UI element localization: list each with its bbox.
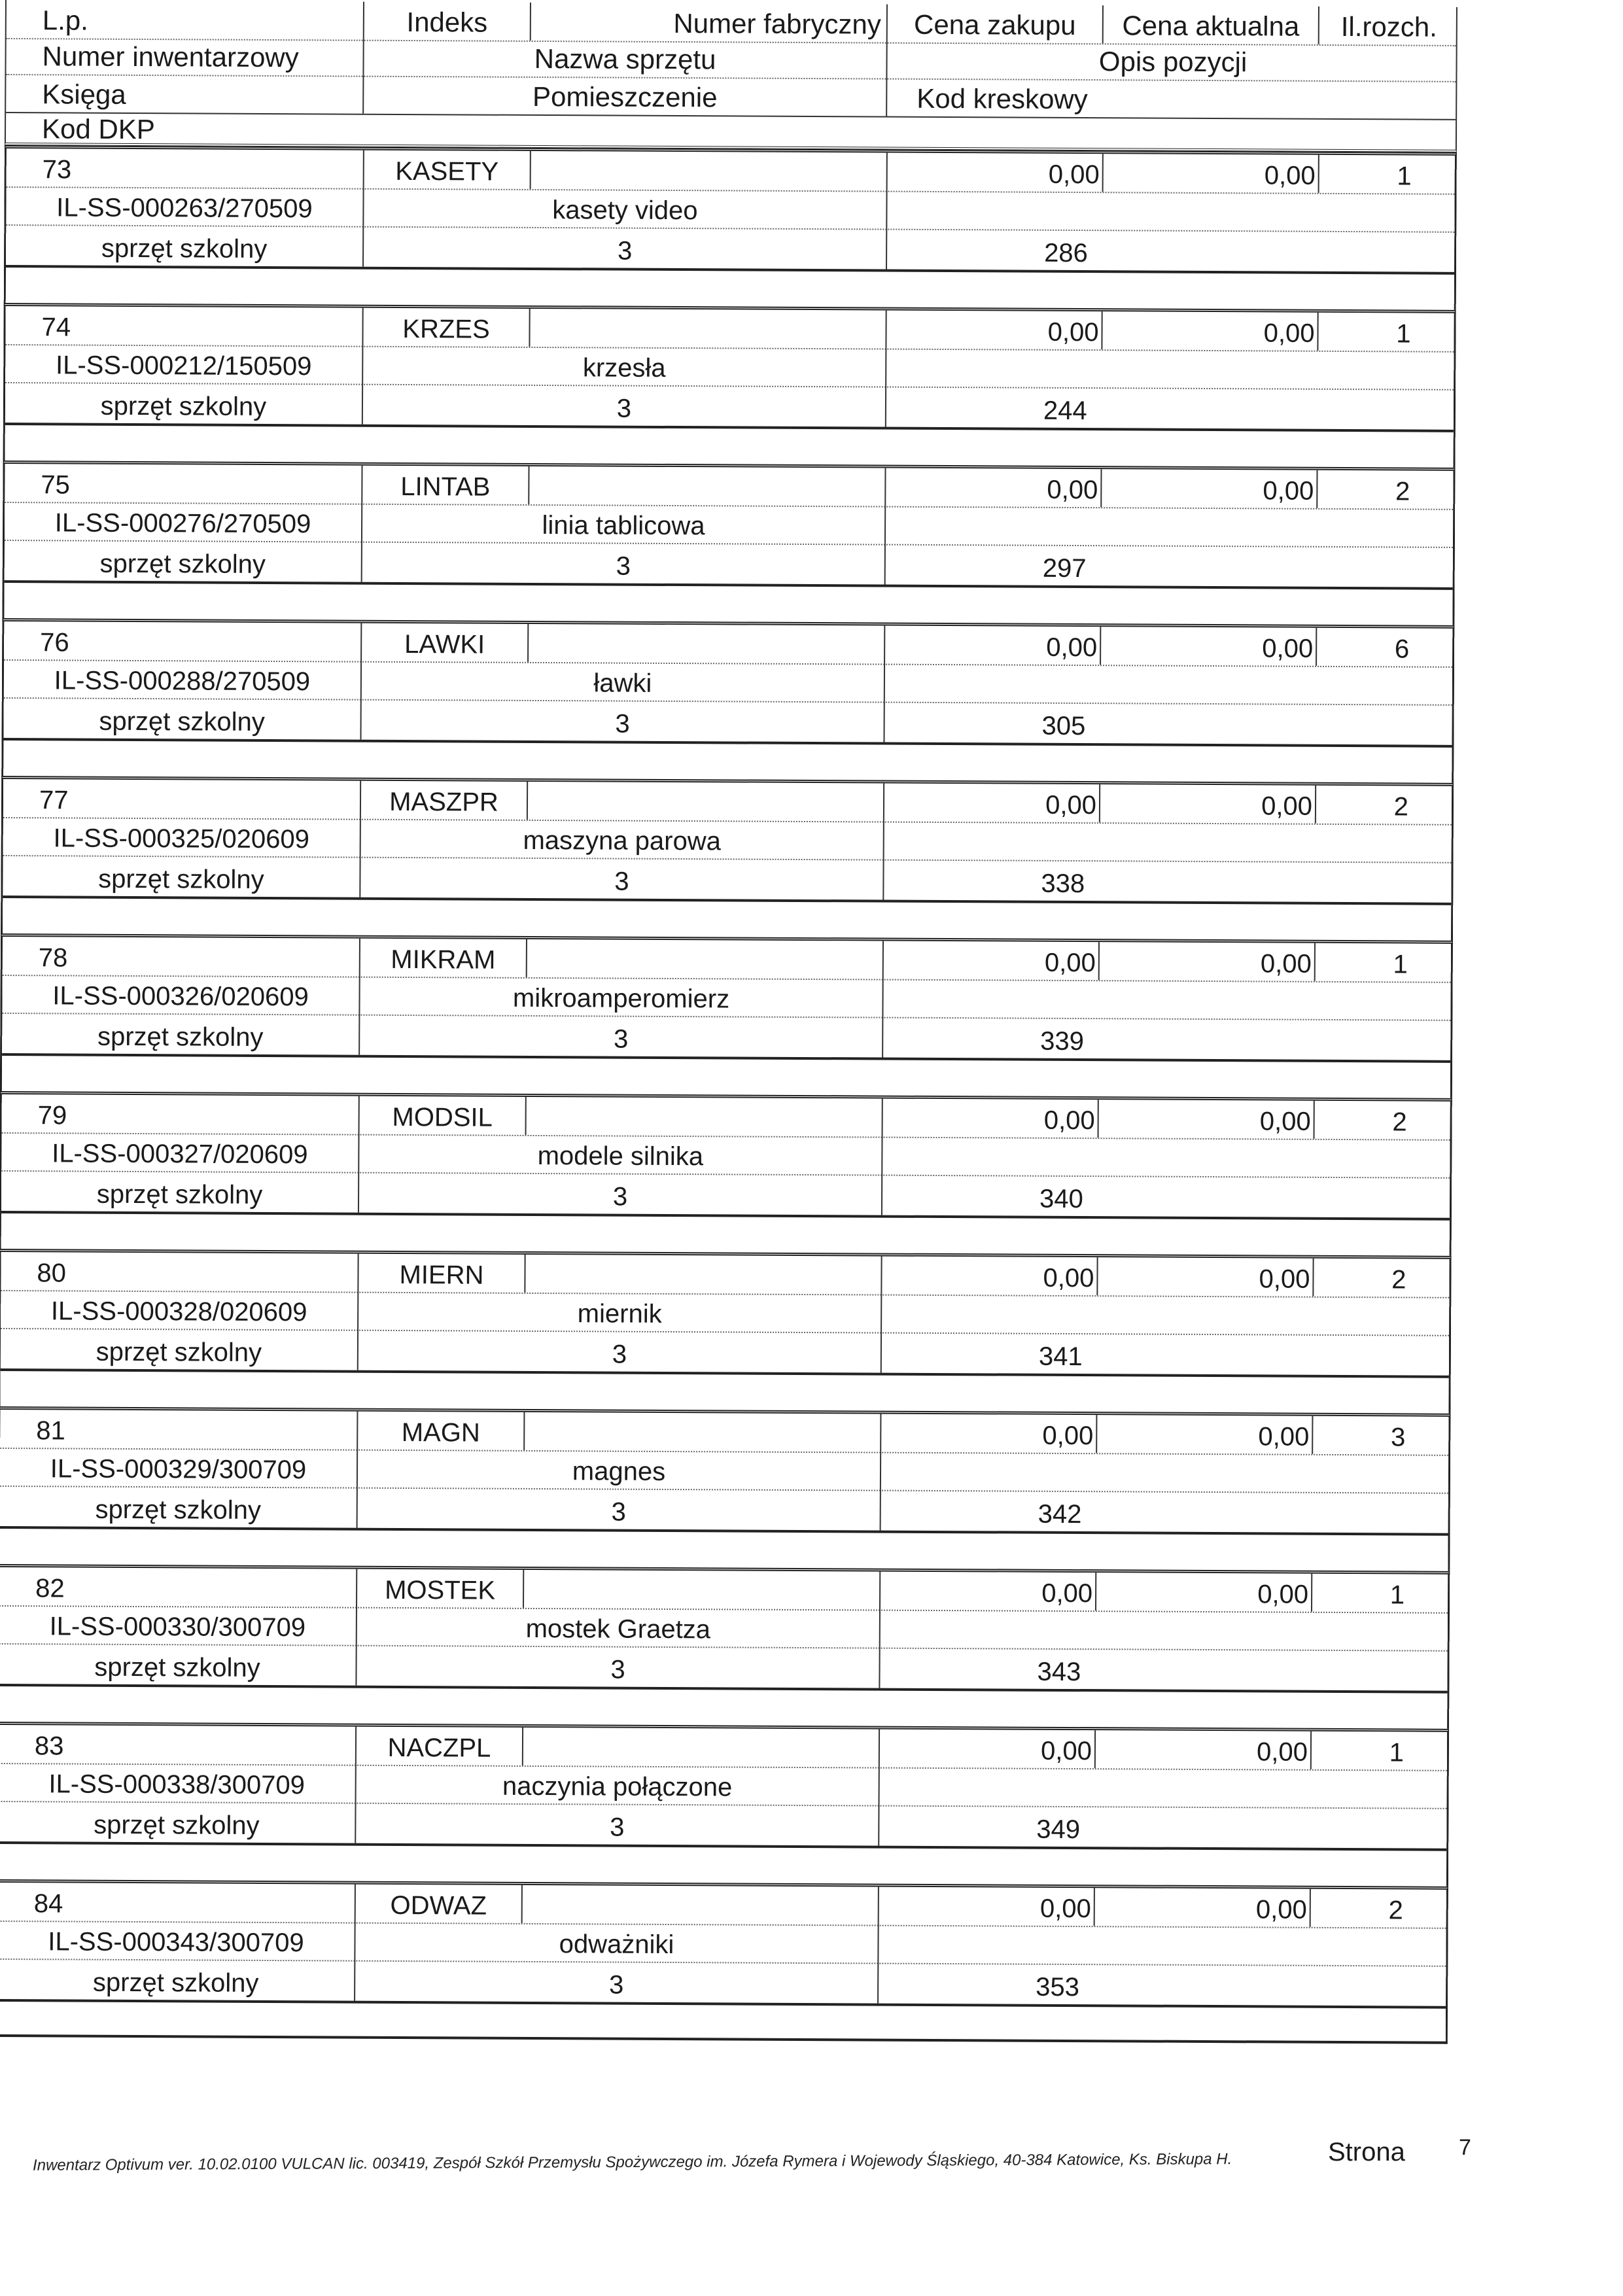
record-nazwa-sprzetu: mikroamperomierz <box>358 977 882 1017</box>
inventory-record: 75 LINTAB 0,00 0,00 2 IL-SS-000276/27050… <box>2 461 1455 625</box>
record-nazwa-sprzetu: kasety video <box>362 188 886 229</box>
footer-page-label: Strona <box>1328 2138 1405 2167</box>
header-pomieszczenie: Pomieszczenie <box>362 76 886 116</box>
record-kod-kreskowy: 244 <box>885 387 1457 430</box>
record-line-3: sprzęt szkolny 3 339 <box>2 1013 1450 1060</box>
record-nazwa-sprzetu: modele silnika <box>358 1134 881 1175</box>
record-ksiega: sprzęt szkolny <box>1 1328 357 1370</box>
record-il-rozch: 1 <box>1311 1574 1452 1612</box>
record-numer-fabryczny <box>525 1097 882 1137</box>
record-nazwa-sprzetu: ławki <box>360 661 884 702</box>
record-opis-pozycji <box>879 1767 1451 1808</box>
record-il-rozch: 2 <box>1314 1101 1454 1139</box>
record-cena-zakupu: 0,00 <box>882 941 1098 981</box>
record-cena-aktualna: 0,00 <box>1094 1888 1310 1927</box>
record-opis-pozycji <box>885 349 1457 389</box>
record-nazwa-sprzetu: maszyna parowa <box>360 819 883 860</box>
record-numer-fabryczny <box>530 151 886 191</box>
inventory-record: 83 NACZPL 0,00 0,00 1 IL-SS-000338/30070… <box>0 1722 1449 1887</box>
record-cena-zakupu: 0,00 <box>878 1887 1094 1926</box>
record-il-rozch: 2 <box>1315 786 1456 824</box>
record-nazwa-sprzetu: mostek Graetza <box>356 1607 879 1648</box>
record-numer-fabryczny <box>523 1412 880 1452</box>
record-numer-inwentarzowy: IL-SS-000330/300709 <box>0 1605 356 1645</box>
record-pomieszczenie: 3 <box>362 384 885 427</box>
header-kod-dkp: Kod DKP <box>6 112 362 145</box>
record-il-rozch: 2 <box>1310 1889 1450 1928</box>
record-indeks: MIERN <box>357 1254 524 1293</box>
record-ksiega: sprzęt szkolny <box>5 382 362 425</box>
inventory-record: 76 LAWKI 0,00 0,00 6 IL-SS-000288/270509… <box>1 618 1454 783</box>
record-lp: 74 <box>5 306 362 346</box>
record-numer-inwentarzowy: IL-SS-000328/020609 <box>1 1290 357 1330</box>
record-numer-fabryczny <box>523 1570 879 1610</box>
record-opis-pozycji <box>879 1610 1452 1650</box>
record-opis-pozycji <box>881 1137 1454 1177</box>
record-line-3: sprzęt szkolny 3 286 <box>6 224 1454 272</box>
record-il-rozch: 1 <box>1317 313 1457 351</box>
inventory-record: 74 KRZES 0,00 0,00 1 IL-SS-000212/150509… <box>3 303 1456 468</box>
record-lp: 75 <box>5 464 361 504</box>
record-numer-inwentarzowy: IL-SS-000263/270509 <box>6 186 362 226</box>
record-pomieszczenie: 3 <box>355 1803 878 1846</box>
record-numer-inwentarzowy: IL-SS-000276/270509 <box>5 502 361 542</box>
record-lp: 77 <box>3 779 360 819</box>
record-cena-aktualna: 0,00 <box>1101 311 1317 351</box>
record-opis-pozycji <box>880 1452 1452 1493</box>
footer-software-info: Inwentarz Optivum ver. 10.02.0100 VULCAN… <box>33 2150 1232 2175</box>
inventory-record: 81 MAGN 0,00 0,00 3 IL-SS-000329/300709 … <box>0 1406 1450 1571</box>
record-il-rozch: 2 <box>1312 1259 1453 1297</box>
record-line-3: sprzęt szkolny 3 342 <box>0 1486 1448 1533</box>
record-numer-fabryczny <box>527 782 883 822</box>
record-line-3: sprzęt szkolny 3 340 <box>1 1170 1450 1218</box>
record-cena-aktualna: 0,00 <box>1094 1730 1310 1769</box>
record-lp: 73 <box>7 148 363 188</box>
record-numer-fabryczny <box>522 1728 879 1767</box>
record-numer-inwentarzowy: IL-SS-000288/270509 <box>4 659 360 699</box>
record-nazwa-sprzetu: miernik <box>357 1292 881 1332</box>
header-cena-aktualna: Cena aktualna <box>1102 5 1318 44</box>
record-pomieszczenie: 3 <box>358 1172 881 1215</box>
record-opis-pozycji <box>886 191 1458 232</box>
record-pomieszczenie: 3 <box>359 857 882 900</box>
header-row-4: Kod DKP <box>6 112 1456 150</box>
record-pomieszczenie: 3 <box>361 542 884 585</box>
record-line-3: sprzęt szkolny 3 349 <box>0 1801 1447 1849</box>
record-numer-fabryczny <box>528 466 884 506</box>
record-opis-pozycji <box>884 506 1457 547</box>
record-opis-pozycji <box>884 664 1456 704</box>
header-numer-inwentarzowy: Numer inwentarzowy <box>6 38 362 76</box>
record-numer-inwentarzowy: IL-SS-000327/020609 <box>1 1132 358 1172</box>
record-line-3: sprzęt szkolny 3 338 <box>3 855 1451 903</box>
record-indeks: MODSIL <box>358 1096 525 1135</box>
record-opis-pozycji <box>883 822 1456 862</box>
record-kod-kreskowy: 286 <box>886 229 1458 272</box>
record-numer-fabryczny <box>529 309 885 349</box>
header-kod-kreskowy: Kod kreskowy <box>886 78 1458 119</box>
record-kod-kreskowy: 343 <box>879 1648 1451 1691</box>
header-numer-fabryczny: Numer fabryczny <box>530 3 886 43</box>
record-cena-aktualna: 0,00 <box>1100 627 1316 666</box>
record-ksiega: sprzęt szkolny <box>1 1170 358 1213</box>
record-opis-pozycji <box>881 1295 1453 1335</box>
record-kod-kreskowy: 305 <box>883 702 1456 745</box>
record-ksiega: sprzęt szkolny <box>0 1958 354 2001</box>
record-cena-zakupu: 0,00 <box>884 468 1100 508</box>
record-lp: 81 <box>0 1410 357 1450</box>
record-pomieszczenie: 3 <box>357 1487 880 1531</box>
record-pomieszczenie: 3 <box>354 1960 877 2004</box>
inventory-record: 78 MIKRAM 0,00 0,00 1 IL-SS-000326/02060… <box>0 933 1453 1098</box>
record-line-3: sprzęt szkolny 3 305 <box>3 697 1452 745</box>
inventory-record: 73 KASETY 0,00 0,00 1 IL-SS-000263/27050… <box>4 145 1457 310</box>
record-cena-aktualna: 0,00 <box>1096 1257 1312 1296</box>
inventory-record: 79 MODSIL 0,00 0,00 2 IL-SS-000327/02060… <box>0 1091 1452 1256</box>
record-kod-kreskowy: 338 <box>882 860 1455 903</box>
record-nazwa-sprzetu: naczynia połączone <box>355 1765 879 1805</box>
record-indeks: LAWKI <box>360 623 527 662</box>
record-kod-kreskowy: 339 <box>882 1017 1454 1060</box>
record-ksiega: sprzęt szkolny <box>2 1013 358 1055</box>
record-line-3: sprzęt szkolny 3 297 <box>5 540 1453 587</box>
record-line-3: sprzęt szkolny 3 343 <box>0 1643 1448 1691</box>
record-ksiega: sprzęt szkolny <box>0 1801 355 1843</box>
header-indeks: Indeks <box>363 2 530 41</box>
record-line-4 <box>0 1999 1446 2047</box>
footer-page-number: 7 <box>1459 2135 1471 2161</box>
record-indeks: KRZES <box>362 308 529 347</box>
record-kod-dkp <box>0 2002 1450 2047</box>
record-lp: 82 <box>0 1567 356 1607</box>
record-il-rozch: 1 <box>1314 943 1455 982</box>
records-list: 73 KASETY 0,00 0,00 1 IL-SS-000263/27050… <box>0 145 1457 2044</box>
table-header: L.p. Indeks Numer fabryczny Cena zakupu … <box>5 0 1457 152</box>
record-pomieszczenie: 3 <box>360 699 883 742</box>
record-indeks: MAGN <box>357 1412 523 1450</box>
record-lp: 83 <box>0 1725 355 1765</box>
record-cena-aktualna: 0,00 <box>1098 1100 1314 1139</box>
record-ksiega: sprzęt szkolny <box>6 224 362 267</box>
record-nazwa-sprzetu: magnes <box>357 1450 880 1490</box>
record-cena-aktualna: 0,00 <box>1100 469 1316 508</box>
record-pomieszczenie: 3 <box>362 226 886 270</box>
record-ksiega: sprzęt szkolny <box>5 540 361 582</box>
record-numer-fabryczny <box>527 624 884 664</box>
record-ksiega: sprzęt szkolny <box>3 697 360 740</box>
record-numer-inwentarzowy: IL-SS-000338/300709 <box>0 1763 355 1803</box>
header-nazwa-sprzetu: Nazwa sprzętu <box>362 40 886 78</box>
record-pomieszczenie: 3 <box>355 1645 879 1688</box>
record-ksiega: sprzęt szkolny <box>3 855 359 897</box>
record-ksiega: sprzęt szkolny <box>0 1486 357 1528</box>
record-il-rozch: 2 <box>1316 470 1457 509</box>
record-indeks: NACZPL <box>355 1727 522 1765</box>
record-cena-zakupu: 0,00 <box>880 1414 1096 1453</box>
record-lp: 79 <box>2 1094 358 1134</box>
record-lp: 84 <box>0 1883 355 1922</box>
record-cena-zakupu: 0,00 <box>883 784 1099 823</box>
record-cena-aktualna: 0,00 <box>1099 784 1315 824</box>
inventory-page: L.p. Indeks Numer fabryczny Cena zakupu … <box>0 0 1457 2044</box>
record-indeks: ODWAZ <box>355 1885 521 1923</box>
record-lp: 80 <box>1 1252 357 1292</box>
record-cena-zakupu: 0,00 <box>879 1730 1094 1769</box>
record-indeks: LINTAB <box>361 466 528 504</box>
record-cena-zakupu: 0,00 <box>885 311 1101 350</box>
record-il-rozch: 1 <box>1310 1731 1451 1770</box>
inventory-record: 82 MOSTEK 0,00 0,00 1 IL-SS-000330/30070… <box>0 1564 1450 1729</box>
record-numer-inwentarzowy: IL-SS-000343/300709 <box>0 1921 355 1960</box>
record-kod-kreskowy: 341 <box>881 1332 1453 1376</box>
record-nazwa-sprzetu: krzesła <box>362 346 885 387</box>
record-cena-zakupu: 0,00 <box>884 626 1100 665</box>
record-cena-zakupu: 0,00 <box>879 1572 1095 1611</box>
record-cena-aktualna: 0,00 <box>1102 154 1318 193</box>
record-cena-zakupu: 0,00 <box>882 1099 1098 1138</box>
record-pomieszczenie: 3 <box>357 1330 881 1373</box>
record-ksiega: sprzęt szkolny <box>0 1643 356 1686</box>
record-line-3: sprzęt szkolny 3 353 <box>0 1958 1446 2006</box>
inventory-record: 80 MIERN 0,00 0,00 2 IL-SS-000328/020609… <box>0 1249 1452 1414</box>
record-cena-zakupu: 0,00 <box>886 153 1102 192</box>
record-cena-aktualna: 0,00 <box>1095 1573 1311 1612</box>
record-il-rozch: 1 <box>1318 155 1459 194</box>
record-numer-fabryczny <box>524 1255 881 1295</box>
record-kod-kreskowy: 349 <box>878 1805 1450 1849</box>
page-footer: Inwentarz Optivum ver. 10.02.0100 VULCAN… <box>33 2138 1603 2177</box>
record-opis-pozycji <box>877 1925 1450 1966</box>
header-ksiega: Księga <box>6 74 362 114</box>
record-numer-inwentarzowy: IL-SS-000329/300709 <box>0 1448 357 1487</box>
record-indeks: KASETY <box>363 150 530 189</box>
record-line-3: sprzęt szkolny 3 341 <box>1 1328 1449 1376</box>
record-cena-aktualna: 0,00 <box>1096 1415 1312 1454</box>
record-il-rozch: 3 <box>1312 1416 1452 1455</box>
record-nazwa-sprzetu: odważniki <box>354 1922 877 1963</box>
record-numer-fabryczny <box>526 939 882 979</box>
record-nazwa-sprzetu: linia tablicowa <box>361 504 884 544</box>
record-indeks: MOSTEK <box>356 1569 523 1608</box>
record-kod-kreskowy: 340 <box>881 1175 1454 1218</box>
header-cena-zakupu: Cena zakupu <box>886 5 1102 44</box>
header-il-rozch: Il.rozch. <box>1318 7 1459 45</box>
record-kod-kreskowy: 342 <box>880 1490 1452 1533</box>
inventory-record: 77 MASZPR 0,00 0,00 2 IL-SS-000325/02060… <box>1 776 1454 941</box>
record-indeks: MASZPR <box>360 781 527 820</box>
record-pomieszczenie: 3 <box>358 1015 882 1058</box>
record-lp: 78 <box>3 937 359 977</box>
record-numer-inwentarzowy: IL-SS-000212/150509 <box>5 344 362 384</box>
record-kod-kreskowy: 353 <box>877 1963 1450 2006</box>
header-opis-pozycji: Opis pozycji <box>886 43 1458 81</box>
record-kod-kreskowy: 297 <box>884 544 1457 587</box>
record-cena-aktualna: 0,00 <box>1098 942 1314 981</box>
record-il-rozch: 6 <box>1316 628 1456 667</box>
inventory-record: 84 ODWAZ 0,00 0,00 2 IL-SS-000343/300709… <box>0 1879 1448 2044</box>
record-lp: 76 <box>4 621 360 661</box>
record-numer-fabryczny <box>521 1885 878 1925</box>
record-cena-zakupu: 0,00 <box>881 1257 1096 1296</box>
record-indeks: MIKRAM <box>359 939 526 977</box>
record-numer-inwentarzowy: IL-SS-000325/020609 <box>3 817 360 857</box>
header-lp: L.p. <box>7 0 363 40</box>
record-opis-pozycji <box>882 979 1454 1020</box>
record-line-3: sprzęt szkolny 3 244 <box>5 382 1454 430</box>
record-numer-inwentarzowy: IL-SS-000326/020609 <box>2 975 358 1015</box>
